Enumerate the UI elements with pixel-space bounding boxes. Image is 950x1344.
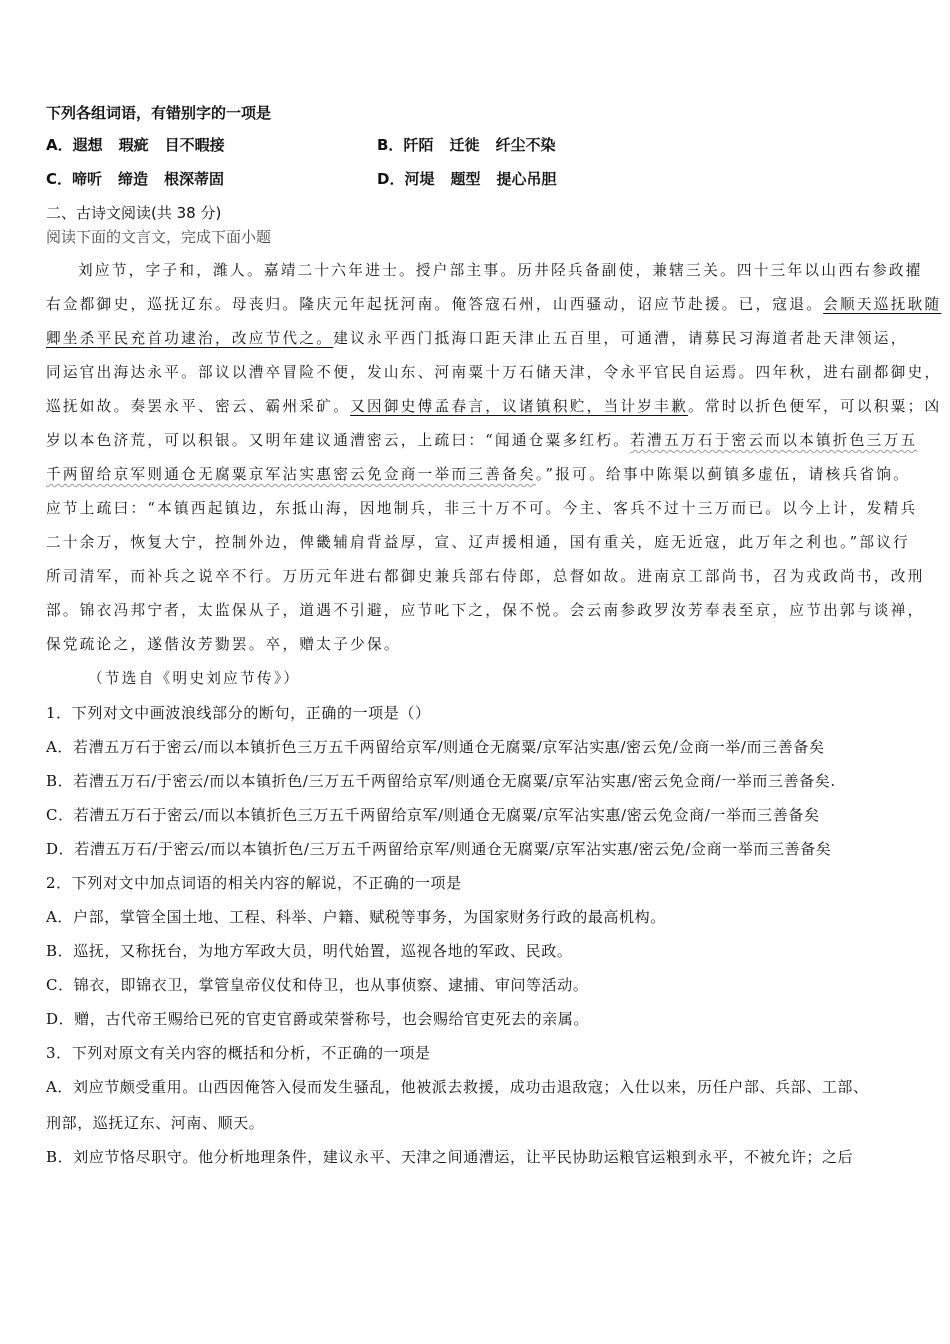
reading-instruction: 阅读下面的文言文，完成下面小题	[46, 226, 271, 248]
q3-stem: 3．下列对原文有关内容的概括和分析，不正确的一项是	[46, 1042, 431, 1064]
passage-line-8: 应节上疏曰：“本镇西起镇边，东抵山海，因地制兵，非三十万不可。今主、客兵不过十三…	[46, 498, 917, 520]
passage-line-6: 岁以本色济荒，可以积银。又明年建议通漕密云，上疏曰：“闻通仓粟多红朽。若漕五万石…	[46, 430, 917, 452]
passage-line-4: 同运官出海达永平。部议以漕卒冒险不便，发山东、河南粟十万石储天津，令永平官民自运…	[46, 362, 941, 384]
passage-line-10: 所司清军，而补兵之说卒不行。万历元年进右都御史兼兵部右侍郎，总督如故。进南京工部…	[46, 566, 924, 588]
passage-line-1: 刘应节，字子和，潍人。嘉靖二十六年进士。授户部主事。历井陉兵备副使，兼辖三关。四…	[78, 260, 923, 282]
passage-line-5: 巡抚如故。奏罢永平、密云、霸州采矿。又因御史傅孟春言，议诸镇积贮，当计岁丰歉。常…	[46, 396, 941, 418]
q1-option-c[interactable]: C．若漕五万石于密云/而以本镇折色三万五千两留给京军/则通仓无腐粟/京军沾实惠/…	[46, 804, 820, 826]
q1-option-a[interactable]: A．若漕五万石于密云/而以本镇折色三万五千两留给京军/则通仓无腐粟/京军沾实惠/…	[46, 736, 825, 758]
passage-line-3: 卿坐杀平民充首功逮治，改应节代之。建议永平西门抵海口距天津止五百里，可通漕，请募…	[46, 328, 908, 350]
wavy-underline-a: 若漕五万石于密云而以本镇折色三万五	[630, 432, 917, 449]
q1-option-d[interactable]: D．若漕五万石/于密云/而以本镇折色/三万五千两留给京军/则通仓无腐粟/京军沾实…	[46, 838, 831, 860]
passage-line-7: 千两留给京军则通仓无腐粟京军沾实惠密云免佥商一举而三善备矣。”报可。给事中陈渠以…	[46, 464, 910, 486]
straight-underline-1a: 会顺天巡抚耿随	[823, 296, 941, 313]
q2-stem: 2．下列对文中加点词语的相关内容的解说，不正确的一项是	[46, 872, 462, 894]
passage-line-11: 部。锦衣冯邦宁者，太监保从子，道遇不引避，应节叱下之，保不悦。会云南参政罗汝芳奉…	[46, 600, 924, 622]
typo-option-c[interactable]: C．啼听缔造根深蒂固	[46, 168, 240, 190]
q2-option-d[interactable]: D．赠，古代帝王赐给已死的官吏官爵或荣誉称号，也会赐给官吏死去的亲属。	[46, 1008, 589, 1030]
q1-option-b[interactable]: B．若漕五万石/于密云/而以本镇折色/三万五千两留给京军/则通仓无腐粟/京军沾实…	[46, 770, 836, 792]
q2-option-c[interactable]: C．锦衣，即锦衣卫，掌管皇帝仪仗和侍卫，也从事侦察、逮捕、审问等活动。	[46, 974, 588, 996]
section-heading: 二、古诗文阅读(共 38 分)	[46, 202, 221, 224]
q3-option-a[interactable]: A．刘应节颇受重用。山西因俺答入侵而发生骚乱，他被派去救援，成功击退敌寇；入仕以…	[46, 1076, 869, 1098]
passage-line-2: 右佥都御史，巡抚辽东。母丧归。隆庆元年起抚河南。俺答寇石州，山西骚动，诏应节赴援…	[46, 294, 941, 316]
q3-option-b[interactable]: B．刘应节恪尽职守。他分析地理条件，建议永平、天津之间通漕运，让平民协助运粮官运…	[46, 1146, 853, 1168]
typo-option-a[interactable]: A．遐想瑕疵目不暇接	[46, 134, 241, 156]
q3-option-a-cont: 刑部，巡抚辽东、河南、顺天。	[46, 1112, 264, 1134]
wavy-underline-b: 千两留给京军则通仓无腐粟京军沾实惠密云免佥商一举而三善备矣	[46, 466, 536, 483]
q2-option-b[interactable]: B．巡抚，又称抚台，为地方军政大员，明代始置，巡视各地的军政、民政。	[46, 940, 572, 962]
passage-line-9: 二十余万，恢复大宁，控制外边，俾畿辅肩背益厚，宣、辽声援相通，国有重关，庭无近寇…	[46, 532, 910, 554]
straight-underline-2: 又因御史傅孟春言，议诸镇积贮，当计岁丰歉	[350, 398, 688, 415]
q1-stem: 1．下列对文中画波浪线部分的断句，正确的一项是（）	[46, 702, 431, 724]
passage-line-12: 保党疏论之，遂偕汝芳勠罢。卒，赠太子少保。	[46, 634, 401, 656]
typo-option-d[interactable]: D．河堤题型提心吊胆	[377, 168, 573, 190]
typo-option-b[interactable]: B．阡陌迁徙纤尘不染	[377, 134, 571, 156]
straight-underline-1b: 卿坐杀平民充首功逮治，改应节代之。	[46, 330, 333, 347]
passage-source: （节选自《明史刘应节传》）	[88, 668, 300, 690]
typo-question-stem: 下列各组词语，有错别字的一项是	[46, 102, 271, 124]
q2-option-a[interactable]: A．户部，掌管全国土地、工程、科举、户籍、赋税等事务，为国家财务行政的最高机构。	[46, 906, 666, 928]
